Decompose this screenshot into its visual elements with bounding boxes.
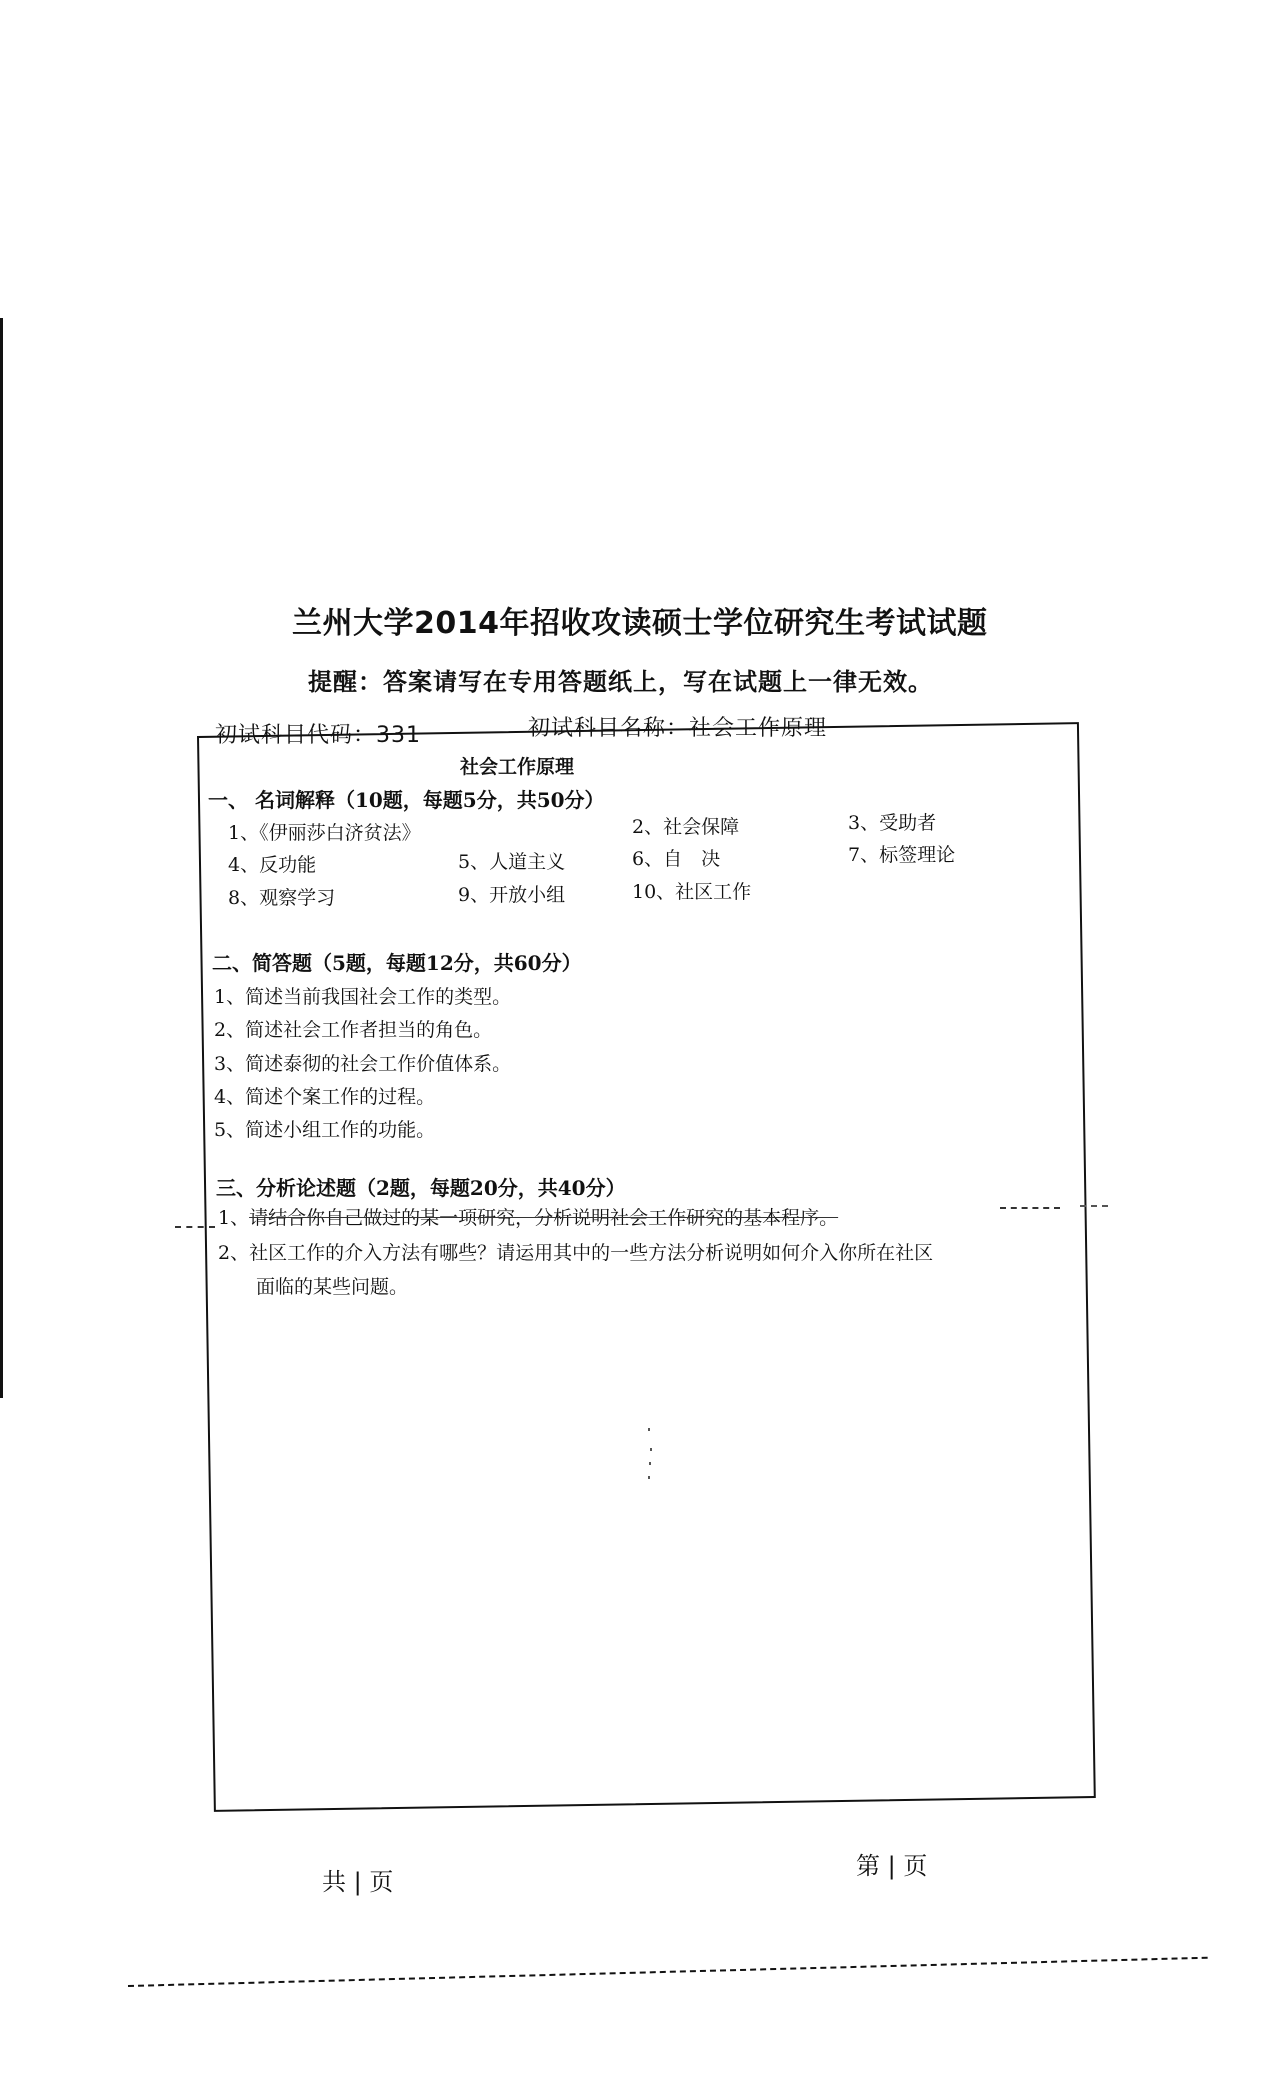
term-item: 9、开放小组 <box>458 880 565 907</box>
term-item: 10、社区工作 <box>632 877 751 904</box>
essay-question: 2、社区工作的介入方法有哪些？请运用其中的一些方法分析说明如何介入你所在社区 <box>218 1238 933 1265</box>
term-item: 2、社会保障 <box>632 812 739 839</box>
term-item: 1、《伊丽莎白济贫法》 <box>228 818 421 845</box>
question-item: 2、简述社会工作者担当的角色。 <box>214 1015 492 1042</box>
scan-edge-bar <box>0 318 3 1398</box>
subject-heading: 社会工作原理 <box>460 752 574 779</box>
question-item: 3、简述泰彻的社会工作价值体系。 <box>214 1049 511 1076</box>
question-item: 5、简述小组工作的功能。 <box>214 1115 435 1142</box>
term-item: 7、标签理论 <box>848 840 955 867</box>
scan-dash-mark <box>175 1226 215 1228</box>
scan-dash-mark <box>1000 1207 1060 1209</box>
essay-question-number: 1、 <box>218 1207 249 1229</box>
question-item: 4、简述个案工作的过程。 <box>214 1082 435 1109</box>
essay-question-text: 请结合你自己做过的某一项研究，分析说明社会工作研究的基本程序。 <box>249 1207 838 1229</box>
essay-question-continuation: 面临的某些问题。 <box>256 1272 408 1299</box>
section-1-heading: 一、 名词解释（10题，每题5分，共50分） <box>208 784 605 813</box>
exam-notice: 提醒：答案请写在专用答题纸上，写在试题上一律无效。 <box>308 662 933 697</box>
term-item: 3、受助者 <box>848 808 936 835</box>
term-item: 4、反功能 <box>228 850 316 877</box>
scan-dash-mark <box>1080 1205 1108 1207</box>
cut-line <box>128 1957 1208 1987</box>
question-item: 1、简述当前我国社会工作的类型。 <box>214 982 511 1009</box>
essay-question-text: 社区工作的介入方法有哪些？请运用其中的一些方法分析说明如何介入你所在社区 <box>249 1242 933 1264</box>
term-item: 8、观察学习 <box>228 883 335 910</box>
term-item: 5、人道主义 <box>458 847 565 874</box>
scan-speck <box>648 1476 650 1479</box>
term-item: 6、自 决 <box>632 844 720 871</box>
current-page: 第 | 页 <box>856 1846 927 1881</box>
total-pages: 共 | 页 <box>322 1862 393 1897</box>
scan-speck <box>649 1462 651 1465</box>
exam-title: 兰州大学2014年招收攻读硕士学位研究生考试试题 <box>292 598 988 642</box>
scan-speck <box>650 1448 652 1451</box>
essay-question: 1、请结合你自己做过的某一项研究，分析说明社会工作研究的基本程序。 <box>218 1203 838 1230</box>
section-3-heading: 三、分析论述题（2题，每题20分，共40分） <box>216 1172 626 1201</box>
scan-speck <box>648 1428 650 1431</box>
section-2-heading: 二、简答题（5题，每题12分，共60分） <box>212 947 582 976</box>
essay-question-number: 2、 <box>218 1242 249 1264</box>
